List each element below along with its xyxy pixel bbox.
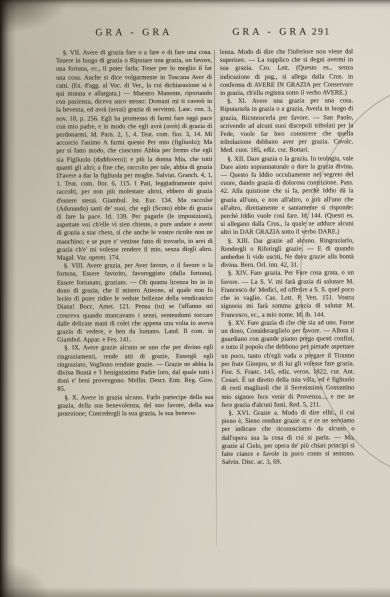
text-column-right: lenza. Modo di dire che l'inferiore non … bbox=[220, 48, 355, 549]
paragraph-section-ix: §. IX. Avere grazie alcuno se uno che pe… bbox=[57, 344, 213, 394]
paragraph-section-xv: §. XV. Fare grazia di che che sia ad uno… bbox=[221, 319, 354, 410]
paragraph-section-xii: §. XII. Dare grazia o la grazia. In teol… bbox=[220, 155, 353, 238]
paragraph-section-vii: §. VII. Avere di grazia fare o a fare o … bbox=[56, 49, 213, 263]
paragraph-section-xiv: §. XIV. Fare grazia. Per Fare cosa grata… bbox=[221, 270, 354, 320]
running-header-right: GRA - GRA bbox=[220, 26, 322, 37]
page-content: GRA - GRA GRA - GRA 291 §. VII. Avere di… bbox=[0, 0, 390, 597]
paragraph-section-xvi: §. XVI. Grazie a. Modo di dire ellit., i… bbox=[221, 409, 354, 467]
scanned-book-page: GRA - GRA GRA - GRA 291 §. VII. Avere di… bbox=[0, 0, 390, 597]
running-header-left: GRA - GRA bbox=[56, 27, 212, 39]
page-number: 291 bbox=[312, 27, 342, 37]
text-column-left: §. VII. Avere di grazia fare o a fare o … bbox=[56, 49, 214, 550]
paragraph-section-viii: §. VIII. Avere grazia, per Aver favore, … bbox=[57, 262, 213, 345]
paragraph-section-x-continued: lenza. Modo di dire che l'inferiore non … bbox=[220, 48, 353, 98]
paragraph-section-xiii: §. XIII. Dar grazie ad alcuno. Ringrazia… bbox=[221, 237, 354, 270]
column-divider-rule bbox=[214, 50, 217, 546]
paragraph-section-xi: §. XI. Avere una grazia per una cosa. Ri… bbox=[220, 98, 353, 156]
paragraph-section-x: §. X. Avere in grazia alcuno. Farlo part… bbox=[57, 393, 213, 418]
